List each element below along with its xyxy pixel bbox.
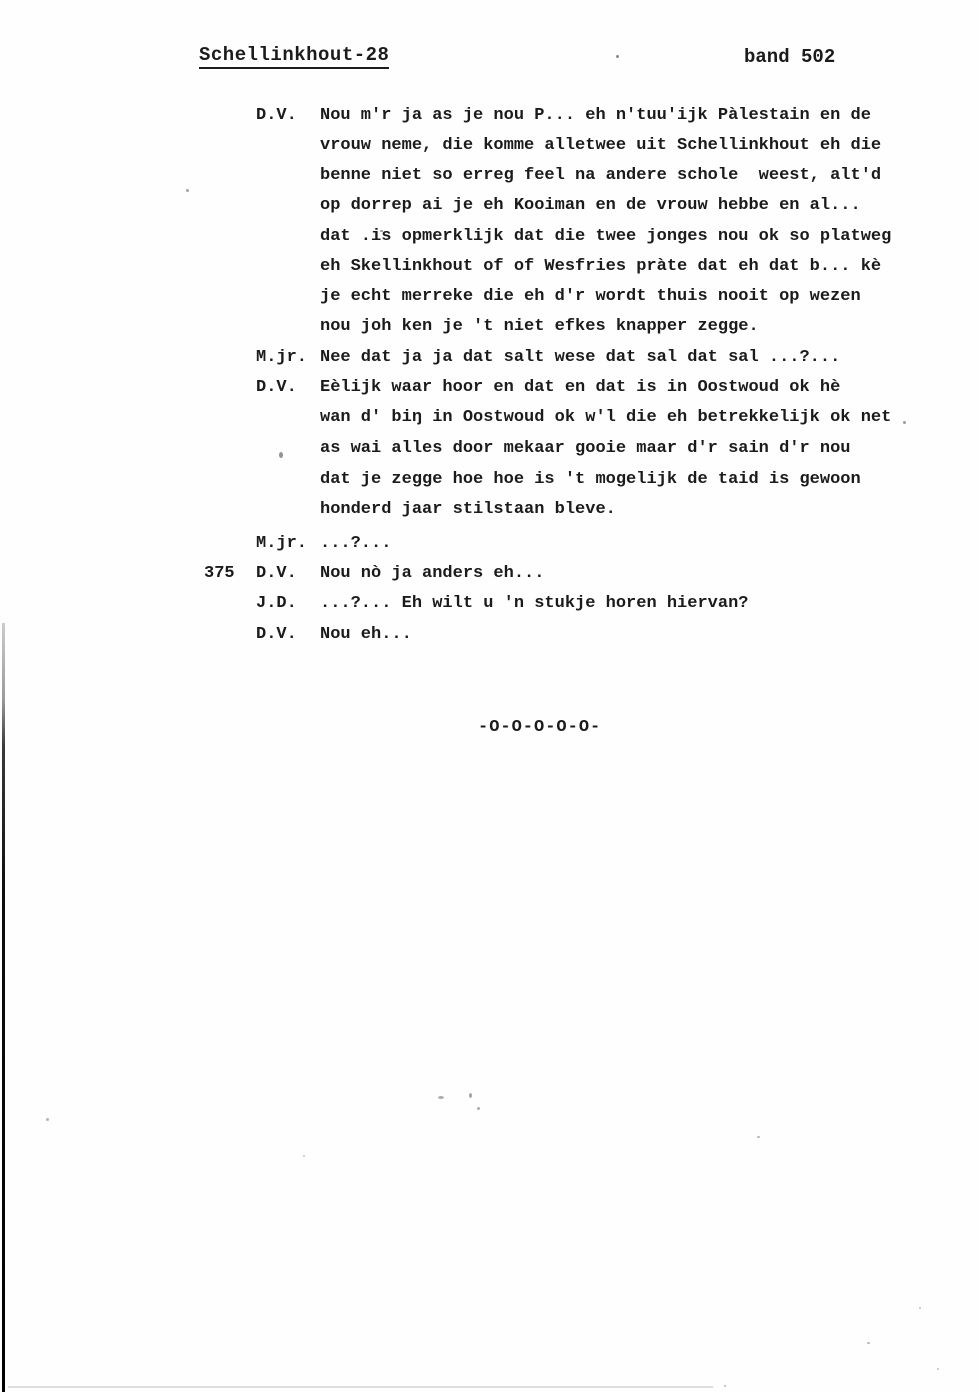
scan-bottom-line	[8, 1386, 713, 1388]
scan-speck	[46, 1118, 49, 1121]
speaker-label: D.V.	[256, 378, 297, 397]
dialogue-line: J.D. ...?... Eh wilt u 'n stukje horen h…	[0, 594, 979, 620]
scan-speck	[757, 1136, 760, 1138]
dialogue-line: as wai alles door mekaar gooie maar d'r …	[0, 439, 979, 465]
scan-speck	[616, 55, 619, 58]
scan-speck	[477, 1107, 480, 1110]
speaker-label: M.jr.	[256, 348, 307, 367]
dialogue-text: Eèlijk waar hoor en dat en dat is in Oos…	[320, 378, 840, 397]
dialogue-text: Nou nò ja anders eh...	[320, 564, 544, 583]
speaker-label: D.V.	[256, 625, 297, 644]
scan-speck	[469, 1093, 472, 1098]
dialogue-text: ...?... Eh wilt u 'n stukje horen hierva…	[320, 594, 748, 613]
dialogue-text: Nou eh...	[320, 625, 412, 644]
dialogue-line: 375 D.V. Nou nò ja anders eh...	[0, 564, 979, 590]
dialogue-line: eh Skellinkhout of of Wesfries pràte dat…	[0, 257, 979, 283]
scan-speck	[279, 452, 283, 458]
scan-speck	[867, 1342, 870, 1344]
scan-speck	[380, 230, 383, 232]
scan-speck	[303, 1155, 305, 1157]
dialogue-text: ...?...	[320, 534, 391, 553]
scan-speck	[937, 1368, 939, 1370]
dialogue-line: M.jr. ...?...	[0, 534, 979, 560]
dialogue-line: benne niet so erreg feel na andere schol…	[0, 166, 979, 192]
dialogue-text: Nee dat ja ja dat salt wese dat sal dat …	[320, 348, 840, 367]
dialogue-line: D.V. Eèlijk waar hoor en dat en dat is i…	[0, 378, 979, 404]
page-title: Schellinkhout-28	[199, 44, 389, 69]
dialogue-line: vrouw neme, die komme alletwee uit Schel…	[0, 136, 979, 162]
dialogue-line: op dorrep ai je eh Kooiman en de vrouw h…	[0, 196, 979, 222]
dialogue-line: D.V. Nou eh...	[0, 625, 979, 651]
dialogue-text: benne niet so erreg feel na andere schol…	[320, 166, 881, 185]
speaker-label: D.V.	[256, 564, 297, 583]
dialogue-line: je echt merreke die eh d'r wordt thuis n…	[0, 287, 979, 313]
scan-edge-line	[2, 623, 5, 1392]
dialogue-text: je echt merreke die eh d'r wordt thuis n…	[320, 287, 861, 306]
band-number: band 502	[744, 46, 835, 68]
dialogue-text: op dorrep ai je eh Kooiman en de vrouw h…	[320, 196, 861, 215]
dialogue-text: vrouw neme, die komme alletwee uit Schel…	[320, 136, 881, 155]
line-number: 375	[204, 564, 235, 583]
document-page: Schellinkhout-28 band 502 D.V. Nou m'r j…	[0, 0, 979, 1392]
dialogue-text: dat .is opmerklijk dat die twee jonges n…	[320, 227, 891, 246]
dialogue-text: honderd jaar stilstaan bleve.	[320, 500, 616, 519]
dialogue-line: honderd jaar stilstaan bleve.	[0, 500, 979, 526]
scan-speck	[186, 189, 189, 192]
dialogue-line: D.V. Nou m'r ja as je nou P... eh n'tuu'…	[0, 106, 979, 132]
dialogue-text: wan d' biŋ in Oostwoud ok w'l die eh bet…	[320, 408, 891, 427]
dialogue-line: dat je zegge hoe hoe is 't mogelijk de t…	[0, 470, 979, 496]
dialogue-line: wan d' biŋ in Oostwoud ok w'l die eh bet…	[0, 408, 979, 434]
speaker-label: J.D.	[256, 594, 297, 613]
dialogue-line: dat .is opmerklijk dat die twee jonges n…	[0, 227, 979, 253]
speaker-label: D.V.	[256, 106, 297, 125]
dialogue-line: M.jr. Nee dat ja ja dat salt wese dat sa…	[0, 348, 979, 374]
scan-speck	[919, 1307, 921, 1309]
scan-speck	[724, 1385, 726, 1387]
scan-speck	[903, 421, 906, 424]
dialogue-text: as wai alles door mekaar gooie maar d'r …	[320, 439, 851, 458]
dialogue-text: dat je zegge hoe hoe is 't mogelijk de t…	[320, 470, 861, 489]
speaker-label: M.jr.	[256, 534, 307, 553]
dialogue-text: eh Skellinkhout of of Wesfries pràte dat…	[320, 257, 881, 276]
dialogue-text: Nou m'r ja as je nou P... eh n'tuu'ijk P…	[320, 106, 871, 125]
section-separator: -O-O-O-O-O-	[478, 718, 601, 737]
dialogue-line: nou joh ken je 't niet efkes knapper zeg…	[0, 317, 979, 343]
dialogue-text: nou joh ken je 't niet efkes knapper zeg…	[320, 317, 759, 336]
scan-speck	[438, 1096, 444, 1099]
